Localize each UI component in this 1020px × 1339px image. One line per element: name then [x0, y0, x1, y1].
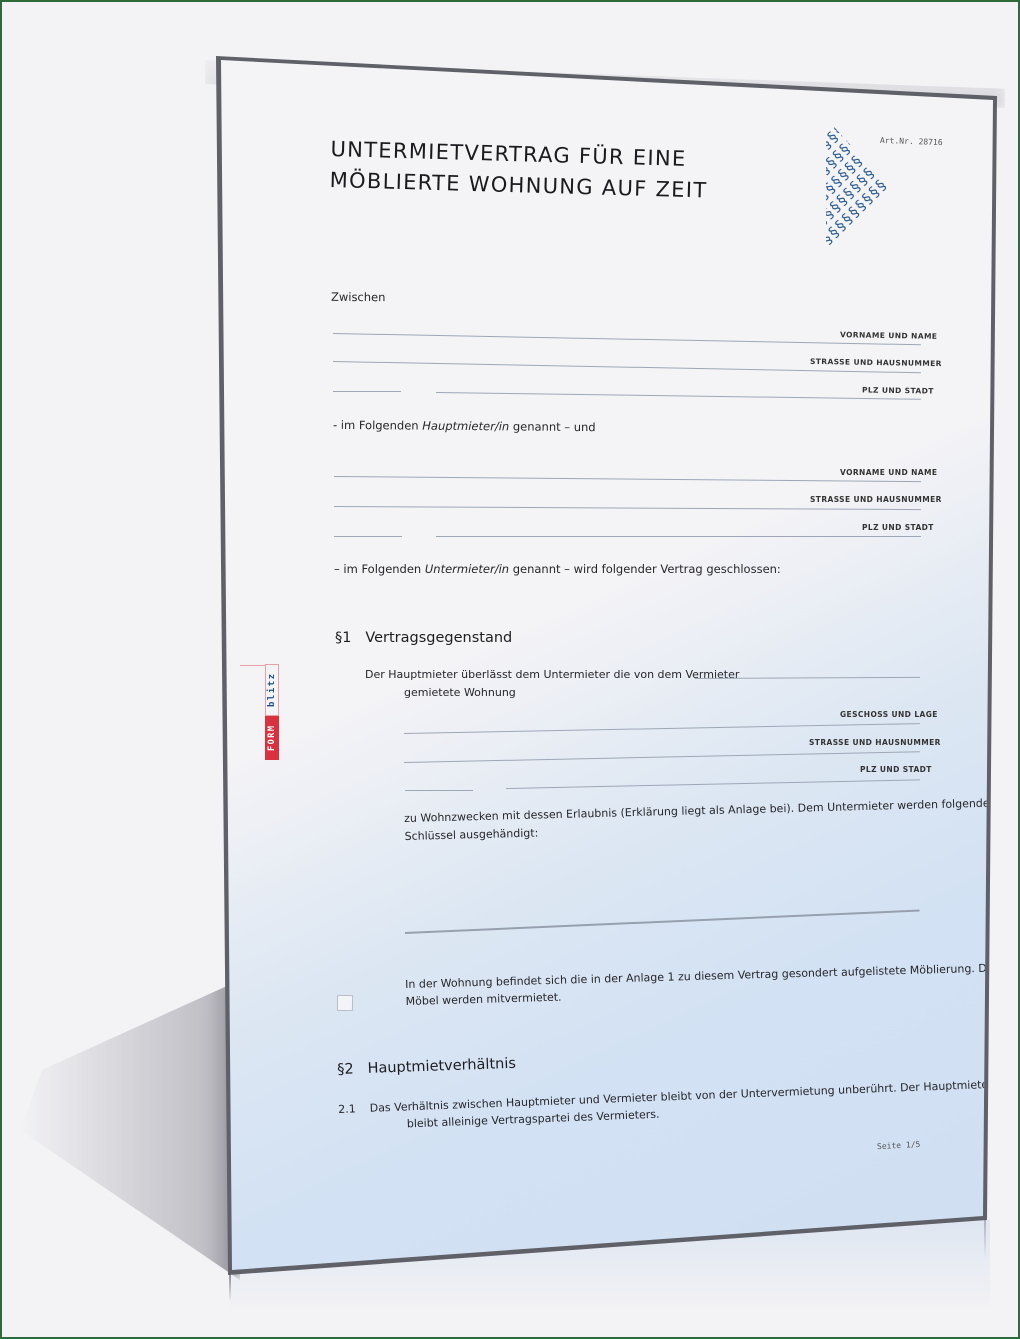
field-label: PLZ UND STADT [862, 523, 934, 532]
logo-form: FORM [265, 716, 279, 760]
clause-number: 2.1 [338, 1102, 356, 1116]
city-line [436, 392, 921, 400]
field-line [334, 476, 921, 482]
field-label: GESCHOSS UND LAGE [840, 710, 938, 719]
field-label: PLZ UND STADT [860, 765, 932, 774]
section2-heading: §2 Hauptmietverhältnis [337, 1056, 516, 1078]
section-number: §1 [335, 630, 351, 646]
role-suffix: genannt – und [509, 419, 596, 434]
city-line [506, 779, 920, 789]
formblitz-logo: blitz FORM [265, 664, 279, 760]
role-prefix: – im Folgenden [334, 562, 425, 576]
furniture-text: In der Wohnung befindet sich die in der … [405, 961, 997, 1008]
party1-role-text: - im Folgenden Hauptmieter/in genannt – … [333, 418, 596, 434]
field-label: STRASSE UND HAUSNUMMER [809, 738, 941, 747]
field-line [404, 723, 920, 734]
field-line [333, 333, 921, 345]
zip-line [333, 391, 401, 392]
clause-2-1: 2.1 Das Verhältnis zwischen Hauptmieter … [338, 1078, 994, 1133]
field-label: STRASSE UND HAUSNUMMER [810, 495, 942, 504]
party2-role-text: – im Folgenden Untermieter/in genannt – … [334, 562, 781, 576]
brand-rule [240, 665, 266, 666]
field-label: PLZ UND STADT [862, 385, 934, 395]
field-line [404, 751, 920, 763]
landlord-line [695, 677, 920, 679]
document-title: UNTERMIETVERTRAG FÜR EINE MÖBLIERTE WOHN… [329, 134, 708, 207]
page-reflection-edge [984, 1218, 986, 1258]
city-line [436, 536, 921, 537]
page-number: Seite 1/5 [877, 1140, 921, 1151]
section1-text-line1: Der Hauptmieter überlässt dem Untermiete… [365, 668, 739, 681]
field-line [334, 506, 921, 510]
field-label: VORNAME UND NAME [840, 330, 938, 341]
zip-line [334, 536, 402, 537]
section-title: Vertragsgegenstand [365, 630, 512, 646]
role-prefix: - im Folgenden [333, 418, 422, 433]
page-shadow-left [20, 980, 240, 1280]
role-suffix: genannt – wird folgender Vertrag geschlo… [509, 562, 781, 576]
section1-text-line2: gemietete Wohnung [404, 686, 516, 699]
page-reflection-edge [229, 1272, 231, 1302]
furniture-checkbox[interactable] [337, 995, 353, 1011]
logo-blitz: blitz [265, 664, 279, 716]
section-number: §2 [337, 1061, 354, 1078]
field-label: STRASSE UND HAUSNUMMER [810, 357, 942, 368]
section1-heading: §1 Vertragsgegenstand [335, 630, 512, 646]
intro-text: Zwischen [331, 290, 386, 304]
keys-line [405, 910, 920, 934]
article-number: Art.Nr. 28716 [880, 136, 943, 147]
section-title: Hauptmietverhältnis [367, 1056, 516, 1077]
zip-line [405, 790, 473, 791]
field-label: VORNAME UND NAME [840, 468, 937, 477]
role-name: Hauptmieter/in [422, 419, 509, 434]
purpose-text: zu Wohnzwecken mit dessen Erlaubnis (Erk… [404, 797, 990, 843]
role-name: Untermieter/in [425, 562, 509, 576]
